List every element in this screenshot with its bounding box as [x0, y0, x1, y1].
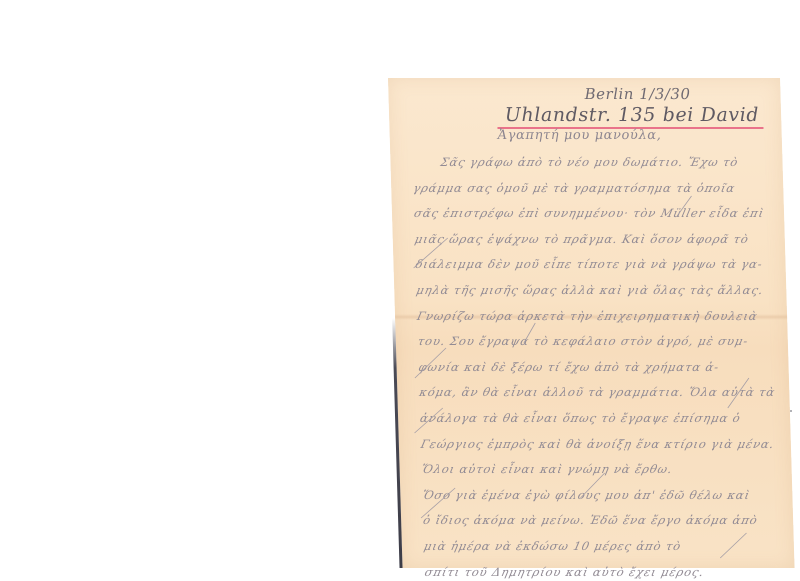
letter-line: Σᾶς γράφω ἀπὸ τὸ νέο μου δωμάτιο. Ἔχω τὸ — [410, 150, 772, 176]
letter-line: γράμμα σας ὁμοῦ μὲ τὰ γραμματόσημα τὰ ὁπ… — [410, 176, 772, 202]
place-date: Berlin 1/3/30 — [496, 84, 691, 104]
letter-line: του. Σου ἔγραψα τὸ κεφάλαιο στὸν ἀγρό, μ… — [415, 329, 777, 355]
letter-page: Berlin 1/3/30 Uhlandstr. 135 bei David Ἀ… — [388, 78, 795, 568]
salutation: Ἀγαπητή μου μανούλα, — [497, 128, 661, 143]
letter-line: σᾶς ἐπιστρέφω ἐπὶ συνημμένου· τὸν Müller… — [411, 201, 773, 227]
letter-line: μιὰ ἡμέρα νὰ ἐκδώσω 10 μέρες ἀπὸ τὸ — [421, 534, 783, 560]
letter-line: Ὅλοι αὐτοὶ εἶναι καὶ γνώμη νὰ ἔρθω. — [419, 457, 781, 483]
letter-header: Berlin 1/3/30 Uhlandstr. 135 bei David — [496, 84, 764, 129]
letter-line: διάλειμμα δὲν μοῦ εἶπε τίποτε γιὰ νὰ γρά… — [413, 252, 775, 278]
scan-background: Berlin 1/3/30 Uhlandstr. 135 bei David Ἀ… — [0, 0, 800, 581]
letter-line: σπίτι τοῦ Δημητρίου καὶ αὐτὸ ἔχει μέρος. — [422, 560, 784, 581]
letter-line: μιᾶς ὥρας ἐψάχνω τὸ πρᾶγμα. Καὶ ὅσον ἀφο… — [412, 227, 774, 253]
letter-line: κόμα, ἂν θὰ εἶναι ἀλλοῦ τὰ γραμμάτια. Ὅλ… — [417, 380, 779, 406]
letter-body: Σᾶς γράφω ἀπὸ τὸ νέο μου δωμάτιο. Ἔχω τὸ… — [412, 150, 781, 581]
letter-line: Ὅσο γιὰ ἐμένα ἐγὼ φίλους μου ἀπ' ἐδῶ θέλ… — [420, 483, 782, 509]
letter-line: μηλὰ τῆς μισῆς ὥρας ἀλλὰ καὶ γιὰ ὅλας τὰ… — [414, 278, 776, 304]
scan-speck — [790, 410, 792, 412]
sender-address: Uhlandstr. 135 bei David — [496, 104, 763, 129]
letter-line: Γεώργιος ἐμπρὸς καὶ θὰ ἀνοίξῃ ἕνα κτίριο… — [418, 432, 780, 458]
letter-line: ὁ ἴδιος ἀκόμα νὰ μείνω. Ἐδῶ ἕνα ἔργο ἀκό… — [420, 508, 782, 534]
letter-line: φωνία καὶ δὲ ξέρω τί ἔχω ἀπὸ τὰ χρήματα … — [416, 355, 778, 381]
letter-line: Γνωρίζω τώρα ἀρκετὰ τὴν ἐπιχειρηματικὴ δ… — [414, 304, 776, 330]
letter-line: ἀνάλογα τὰ θὰ εἶναι ὅπως τὸ ἔγραψε ἐπίση… — [417, 406, 779, 432]
